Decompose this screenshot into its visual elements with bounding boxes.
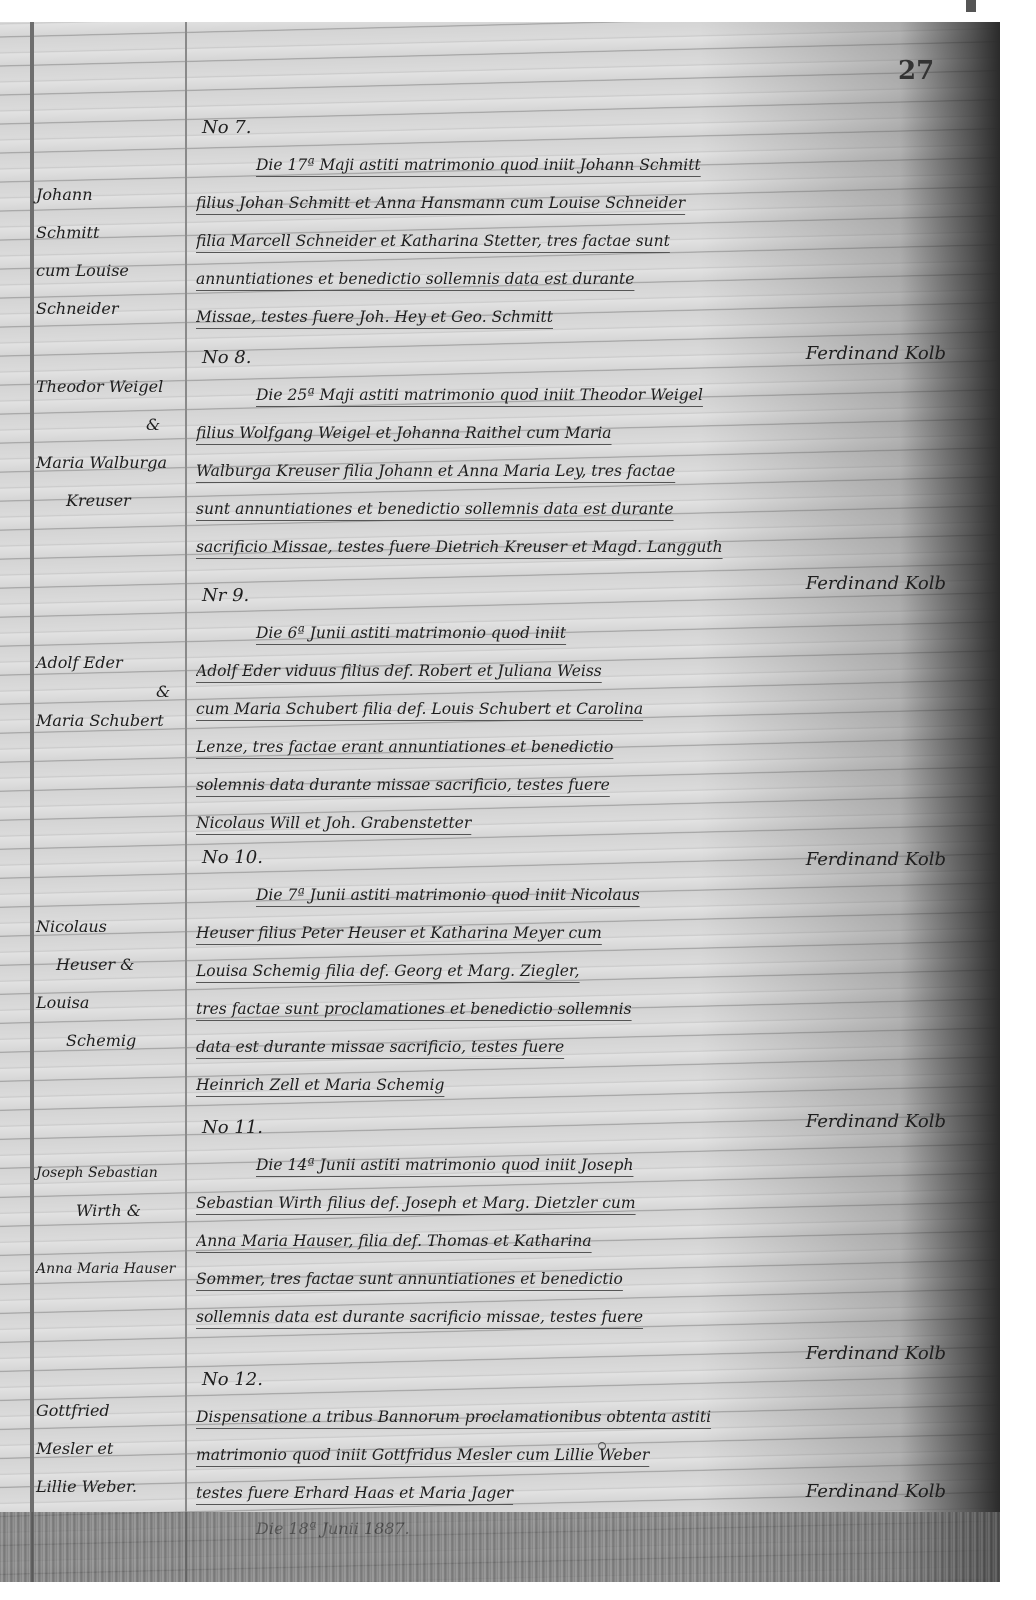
left-margin-rule [30,22,34,1582]
margin-name: Lillie Weber. [36,1468,186,1506]
entry-number: No 7. [202,110,976,146]
entry-line: Sebastian Wirth filius def. Joseph et Ma… [196,1184,976,1222]
entry-number: Nr 9. [202,578,976,614]
margin-name: Schneider [36,290,186,328]
entry-text: No 8. Die 25ª Maji astiti matrimonio quo… [196,340,976,602]
entry-line: Louisa Schemig filia def. Georg et Marg.… [196,952,976,990]
entry-line: filia Marcell Schneider et Katharina Ste… [196,222,976,260]
entry-line: Nicolaus Will et Joh. Grabenstetter [196,804,976,842]
entry-line: data est durante missae sacrificio, test… [196,1028,976,1066]
margin-name: Schemig [36,1022,186,1060]
entry-text: No 12. Dispensatione a tribus Bannorum p… [196,1362,976,1546]
entry-margin-names: Adolf Eder & Maria Schubert [36,644,186,740]
scan-edge-mark [966,0,976,12]
margin-name: Louisa [36,984,186,1022]
margin-name: Johann [36,176,186,214]
entry-line: filius Wolfgang Weigel et Johanna Raithe… [196,414,976,452]
margin-name: & [36,682,186,702]
page-number: 27 [898,56,934,86]
margin-name: Maria Walburga [36,444,186,482]
entry-line: Sommer, tres factae sunt annuntiationes … [196,1260,976,1298]
margin-name: & [36,406,186,444]
entry-line: matrimonio quod iniit Gottfridus Mesler … [196,1436,976,1474]
entry-text: No 7. Die 17ª Maji astiti matrimonio quo… [196,110,976,372]
margin-name: Maria Schubert [36,702,186,740]
entry-line: Die 7ª Junii astiti matrimonio quod inii… [196,876,976,914]
margin-name: Schmitt [36,214,186,252]
margin-name: Adolf Eder [36,644,186,682]
entry-line: Lenze, tres factae erant annuntiationes … [196,728,976,766]
entry-line: Die 14ª Junii astiti matrimonio quod ini… [196,1146,976,1184]
entry-text: No 11. Die 14ª Junii astiti matrimonio q… [196,1110,976,1372]
entry-margin-names: Gottfried Mesler et Lillie Weber. [36,1392,186,1506]
entry-line: Die 17ª Maji astiti matrimonio quod inii… [196,146,976,184]
entry-line: cum Maria Schubert filia def. Louis Schu… [196,690,976,728]
entry-line: Heinrich Zell et Maria Schemig [196,1066,976,1104]
margin-name: Mesler et [36,1430,186,1468]
entry-line: solemnis data durante missae sacrificio,… [196,766,976,804]
margin-name: cum Louise [36,252,186,290]
entry-line: Missae, testes fuere Joh. Hey et Geo. Sc… [196,298,976,336]
entry-margin-names: Theodor Weigel & Maria Walburga Kreuser [36,368,186,520]
entry-margin-names: Nicolaus Heuser & Louisa Schemig [36,908,186,1060]
margin-name: Kreuser [36,482,186,520]
entry-line: Anna Maria Hauser, filia def. Thomas et … [196,1222,976,1260]
entry-line: Heuser filius Peter Heuser et Katharina … [196,914,976,952]
entry-line: Adolf Eder viduus filius def. Robert et … [196,652,976,690]
entry-line: Die 25ª Maji astiti matrimonio quod inii… [196,376,976,414]
entry-text: No 10. Die 7ª Junii astiti matrimonio qu… [196,840,976,1140]
entry-line: filius Johan Schmitt et Anna Hansmann cu… [196,184,976,222]
entry-line: Dispensatione a tribus Bannorum proclama… [196,1398,976,1436]
entry-number: No 10. [202,840,976,876]
entry-margin-names: Johann Schmitt cum Louise Schneider [36,176,186,328]
entry-margin-names: Joseph Sebastian Wirth & Anna Maria Haus… [36,1154,186,1288]
margin-name: Anna Maria Hauser [36,1250,186,1288]
entry-line: sollemnis data est durante sacrificio mi… [196,1298,976,1336]
entry-line: sacrificio Missae, testes fuere Dietrich… [196,528,976,566]
entry-number: No 8. [202,340,976,376]
margin-name: Nicolaus [36,908,186,946]
entry-line: sunt annuntiationes et benedictio sollem… [196,490,976,528]
entry-line: Die 6ª Junii astiti matrimonio quod inii… [196,614,976,652]
margin-name: Joseph Sebastian [36,1154,186,1192]
entry-number: No 12. [202,1362,976,1398]
margin-name: Gottfried [36,1392,186,1430]
officiant-signature: Ferdinand Kolb [806,1474,976,1510]
entry-line: Walburga Kreuser filia Johann et Anna Ma… [196,452,976,490]
register-page: 27 Johann Schmitt cum Louise Schneider N… [0,22,1000,1582]
entry-line: tres factae sunt proclamationes et bened… [196,990,976,1028]
entry-line: annuntiationes et benedictio sollemnis d… [196,260,976,298]
margin-name: Wirth & [36,1192,186,1230]
margin-name: Heuser & [36,946,186,984]
entry-date: Die 18ª Junii 1887. [196,1512,976,1546]
margin-name: Theodor Weigel [36,368,186,406]
entry-text: Nr 9. Die 6ª Junii astiti matrimonio quo… [196,578,976,878]
entry-number: No 11. [202,1110,976,1146]
